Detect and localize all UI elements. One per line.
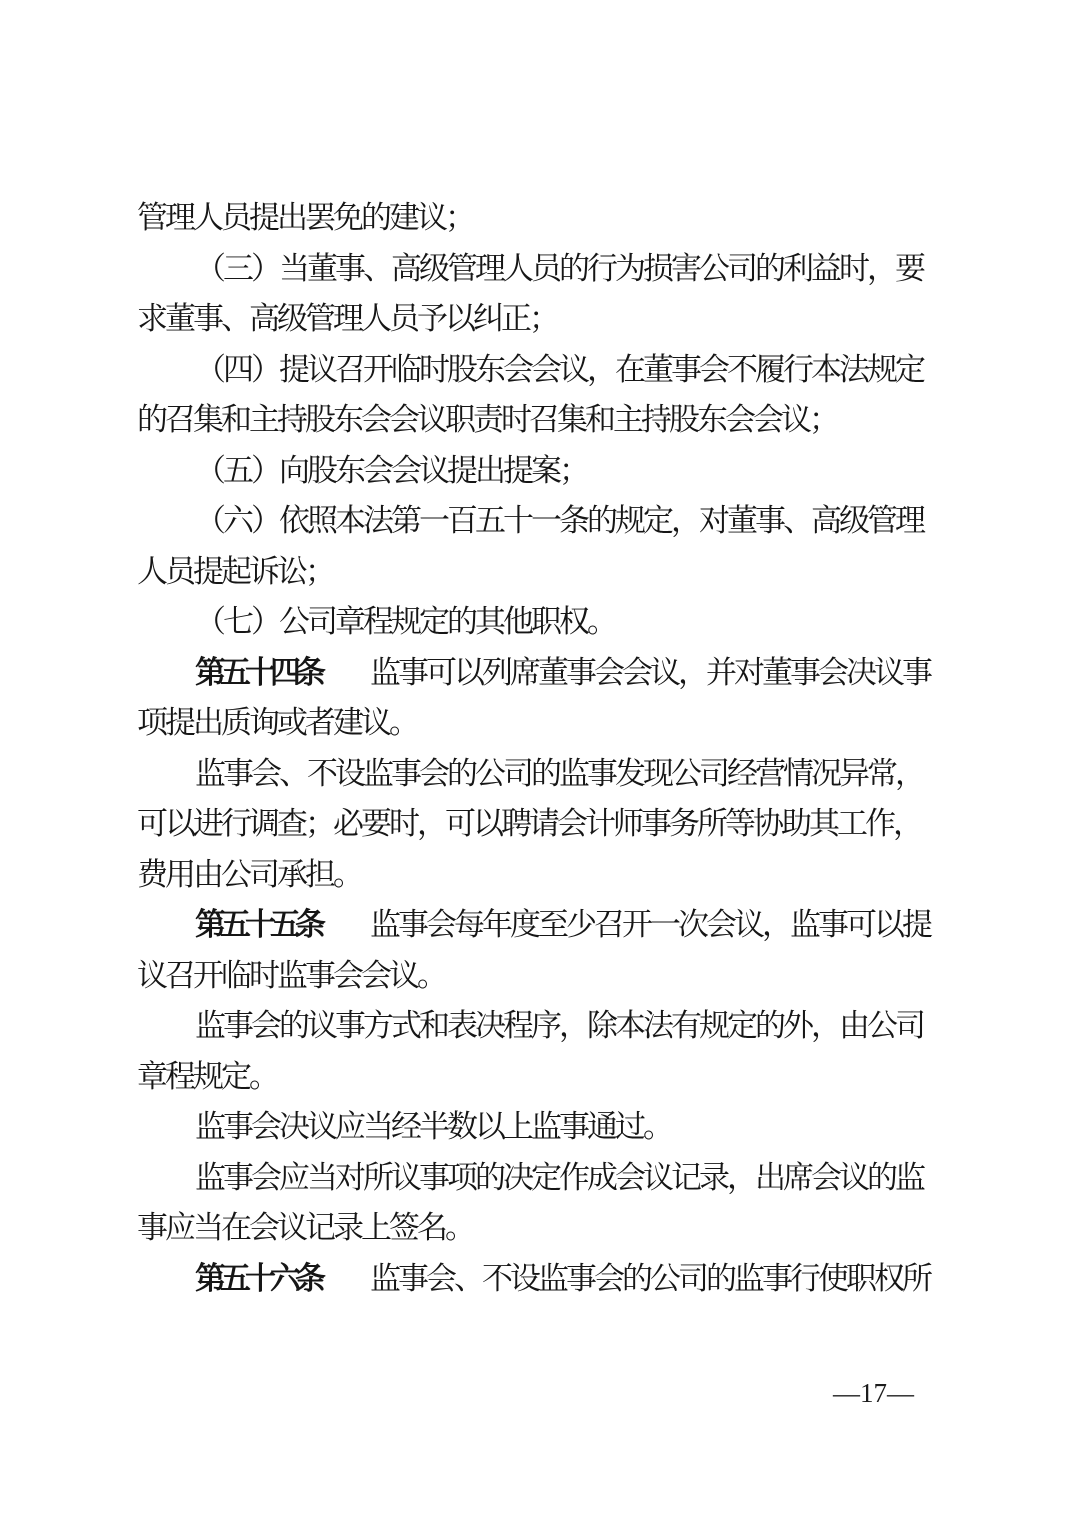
text-line: 求董事、高级管理人员予以纠正； [137,294,949,345]
text-line: （四）提议召开临时股东会会议，在董事会不履行本法规定 [137,345,949,396]
text-segment: （四）提议召开临时股东会会议，在董事会不履行本法规定 [195,352,923,387]
text-line: 事应当在会议记录上签名。 [137,1203,949,1254]
text-segment: （三）当董事、高级管理人员的行为损害公司的利益时，要 [195,251,923,286]
text-segment: 监事会、不设监事会的公司的监事发现公司经营情况异常， [195,756,923,791]
text-segment: 监事会应当对所议事项的决定作成会议记录，出席会议的监 [195,1160,923,1195]
text-line: （五）向股东会会议提出提案； [137,446,949,497]
text-line: 第五十六条监事会、不设监事会的公司的监事行使职权所 [137,1254,949,1305]
text-line: 第五十四条监事可以列席董事会会议，并对董事会决议事 [137,648,949,699]
text-line: 监事会、不设监事会的公司的监事发现公司经营情况异常， [137,749,949,800]
text-line: 监事会的议事方式和表决程序，除本法有规定的外，由公司 [137,1001,949,1052]
text-segment: 监事会决议应当经半数以上监事通过。 [195,1109,671,1144]
text-segment: 费用由公司承担。 [137,857,361,892]
text-segment: 人员提起诉讼； [137,554,333,589]
text-line: （三）当董事、高级管理人员的行为损害公司的利益时，要 [137,244,949,295]
text-segment: （六）依照本法第一百五十一条的规定，对董事、高级管理 [195,503,923,538]
text-line: 第五十五条监事会每年度至少召开一次会议，监事可以提 [137,900,949,951]
text-segment: 的召集和主持股东会会议职责时召集和主持股东会会议； [137,402,837,437]
text-line: （六）依照本法第一百五十一条的规定，对董事、高级管理 [137,496,949,547]
page-number: —17— [833,1378,914,1409]
article-number: 第五十五条 [195,907,370,942]
text-line: 议召开临时监事会会议。 [137,951,949,1002]
text-line: 可以进行调查；必要时，可以聘请会计师事务所等协助其工作， [137,799,949,850]
text-segment: 议召开临时监事会会议。 [137,958,445,993]
text-line: （七）公司章程规定的其他职权。 [137,597,949,648]
text-line: 管理人员提出罢免的建议； [137,193,949,244]
text-segment: 项提出质询或者建议。 [137,705,417,740]
text-segment: 监事会的议事方式和表决程序，除本法有规定的外，由公司 [195,1008,923,1043]
text-line: 人员提起诉讼； [137,547,949,598]
text-segment: 可以进行调查；必要时，可以聘请会计师事务所等协助其工作， [137,806,921,841]
text-segment: 监事可以列席董事会会议，并对董事会决议事 [370,655,930,690]
text-segment: 求董事、高级管理人员予以纠正； [137,301,557,336]
document-body: 管理人员提出罢免的建议；（三）当董事、高级管理人员的行为损害公司的利益时，要求董… [137,193,949,1304]
text-line: 项提出质询或者建议。 [137,698,949,749]
text-line: 章程规定。 [137,1052,949,1103]
article-number: 第五十四条 [195,655,370,690]
text-segment: （五）向股东会会议提出提案； [195,453,587,488]
text-line: 的召集和主持股东会会议职责时召集和主持股东会会议； [137,395,949,446]
text-segment: （七）公司章程规定的其他职权。 [195,604,615,639]
text-segment: 事应当在会议记录上签名。 [137,1210,473,1245]
text-line: 监事会决议应当经半数以上监事通过。 [137,1102,949,1153]
article-number: 第五十六条 [195,1261,370,1296]
text-segment: 章程规定。 [137,1059,277,1094]
text-segment: 监事会每年度至少召开一次会议，监事可以提 [370,907,930,942]
text-segment: 管理人员提出罢免的建议； [137,200,473,235]
text-segment: 监事会、不设监事会的公司的监事行使职权所 [370,1261,930,1296]
text-line: 监事会应当对所议事项的决定作成会议记录，出席会议的监 [137,1153,949,1204]
text-line: 费用由公司承担。 [137,850,949,901]
document-page: 管理人员提出罢免的建议；（三）当董事、高级管理人员的行为损害公司的利益时，要求董… [0,0,1069,1515]
